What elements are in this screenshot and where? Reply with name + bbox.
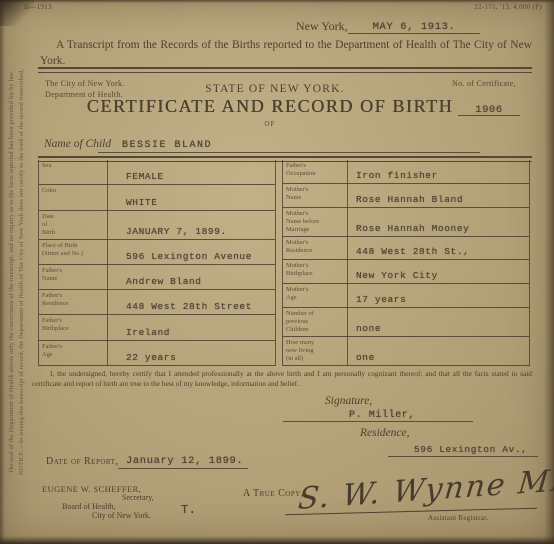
divider-rule [38, 67, 532, 73]
field-label: Mother's Residence [283, 237, 348, 260]
secretary-title: Secretary, [122, 493, 154, 502]
dateline-label: New York, [296, 19, 348, 34]
field-value: New York City [356, 270, 438, 281]
main-title: CERTIFICATE AND RECORD OF BIRTH [75, 96, 465, 117]
field-value: 22 years [126, 352, 176, 363]
field-father-birthplace: Father's Birthplace Ireland [39, 315, 275, 340]
field-value: JANUARY 7, 1899. [126, 226, 227, 237]
field-label: Mother's Age [283, 284, 348, 307]
field-value: 17 years [356, 294, 406, 305]
residence-value: 596 Lexington Av., [388, 444, 527, 455]
field-sex: Sex FEMALE [39, 160, 275, 185]
field-color: Color WHITE [39, 185, 275, 210]
field-label: Date of Birth [39, 211, 108, 239]
field-value: Ireland [126, 327, 170, 338]
field-value: 448 West 28th Street [126, 301, 252, 312]
state-title: STATE OF NEW YORK. [150, 83, 400, 95]
residence-label: Residence, [360, 427, 410, 439]
field-date-of-birth: Date of Birth JANUARY 7, 1899. [39, 211, 275, 240]
table-right-half: Father's Occupation Iron finisher Mother… [282, 160, 530, 366]
city-of-new-york: City of New York. [92, 511, 151, 520]
transcript-note: A Transcript from the Records of the Bir… [40, 37, 532, 69]
table-left-half: Sex FEMALE Color WHITE Date of Birth JAN… [38, 160, 276, 366]
field-value: 448 West 28th St., [356, 246, 469, 257]
field-value: WHITE [126, 197, 158, 208]
form-number-left: H—1913 [24, 3, 52, 11]
t-mark: T. [181, 503, 197, 517]
field-label: Mother's Name before Marriage [283, 208, 348, 236]
of-label: OF [75, 120, 465, 128]
child-name-value: BESSIE BLAND [98, 140, 212, 151]
field-label: Father's Residence [39, 290, 108, 314]
field-father-occupation: Father's Occupation Iron finisher [283, 160, 529, 184]
field-label: Father's Birthplace [39, 315, 108, 339]
certificate-no-value: 1906 [475, 104, 503, 116]
field-label: Color [39, 185, 108, 209]
field-label: Place of Birth (Street and No.) [39, 240, 108, 264]
field-label: Father's Name [39, 265, 108, 289]
margin-notice-line-outer: The seal of the Department of Health att… [7, 12, 17, 532]
field-value: 596 Lexington Avenue [126, 251, 252, 262]
birth-certificate-transcript: The seal of the Department of Health att… [0, 0, 554, 544]
registrar-title: Assistant Registrar. [428, 514, 488, 522]
field-value: one [356, 352, 375, 363]
field-value: Andrew Bland [126, 276, 202, 287]
field-place-of-birth: Place of Birth (Street and No.) 596 Lexi… [39, 240, 275, 265]
field-value: Rose Hannah Mooney [356, 223, 469, 234]
field-mother-residence: Mother's Residence 448 West 28th St., [283, 237, 529, 261]
field-mother-maiden-name: Mother's Name before Marriage Rose Hanna… [283, 208, 529, 237]
paper-edge-top [0, 0, 554, 3]
field-value: none [356, 323, 381, 334]
field-children-now-living: How many now living (in all) one [283, 337, 529, 366]
field-label: Father's Occupation [283, 160, 348, 183]
field-mother-birthplace: Mother's Birthplace New York City [283, 260, 529, 284]
signature-value: P. Miller, [283, 410, 415, 421]
true-copy-label: A True Copy, [243, 488, 304, 499]
margin-notice-line-inner: NOTICE.—In issuing this transcript of re… [17, 12, 27, 532]
field-previous-children: Number of previous Children none [283, 308, 529, 337]
dateline-value: MAY 6, 1913. [373, 21, 456, 33]
margin-notice: The seal of the Department of Health att… [7, 12, 27, 532]
field-father-residence: Father's Residence 448 West 28th Street [39, 290, 275, 315]
field-label: Sex [39, 160, 108, 184]
paper-edge-right [544, 0, 554, 544]
date-of-report-value: January 12, 1899. [118, 455, 243, 467]
field-value: Iron finisher [356, 170, 438, 181]
paper-edge-left [0, 0, 5, 544]
certification-statement: I, the undersigned, hereby certify that … [32, 369, 532, 389]
field-value: FEMALE [126, 171, 164, 182]
field-father-age: Father's Age 22 years [39, 341, 275, 366]
field-mother-name: Mother's Name Rose Hannah Bland [283, 184, 529, 208]
field-father-name: Father's Name Andrew Bland [39, 265, 275, 290]
field-label: Mother's Birthplace [283, 260, 348, 283]
form-number-right: 22-171, '13, 4,000 (P) [474, 3, 542, 11]
board-of-health: Board of Health, [62, 502, 116, 511]
field-label: How many now living (in all) [283, 337, 348, 365]
field-label: Father's Age [39, 341, 108, 365]
field-value: Rose Hannah Bland [356, 194, 463, 205]
field-label: Number of previous Children [283, 308, 348, 336]
field-mother-age: Mother's Age 17 years [283, 284, 529, 308]
field-label: Mother's Name [283, 184, 348, 207]
paper-edge-bottom [0, 536, 554, 544]
certificate-no-label: No. of Certificate, [452, 79, 516, 88]
agency-line1: The City of New York. [45, 79, 125, 88]
date-of-report-label: Date of Report, [46, 456, 118, 467]
